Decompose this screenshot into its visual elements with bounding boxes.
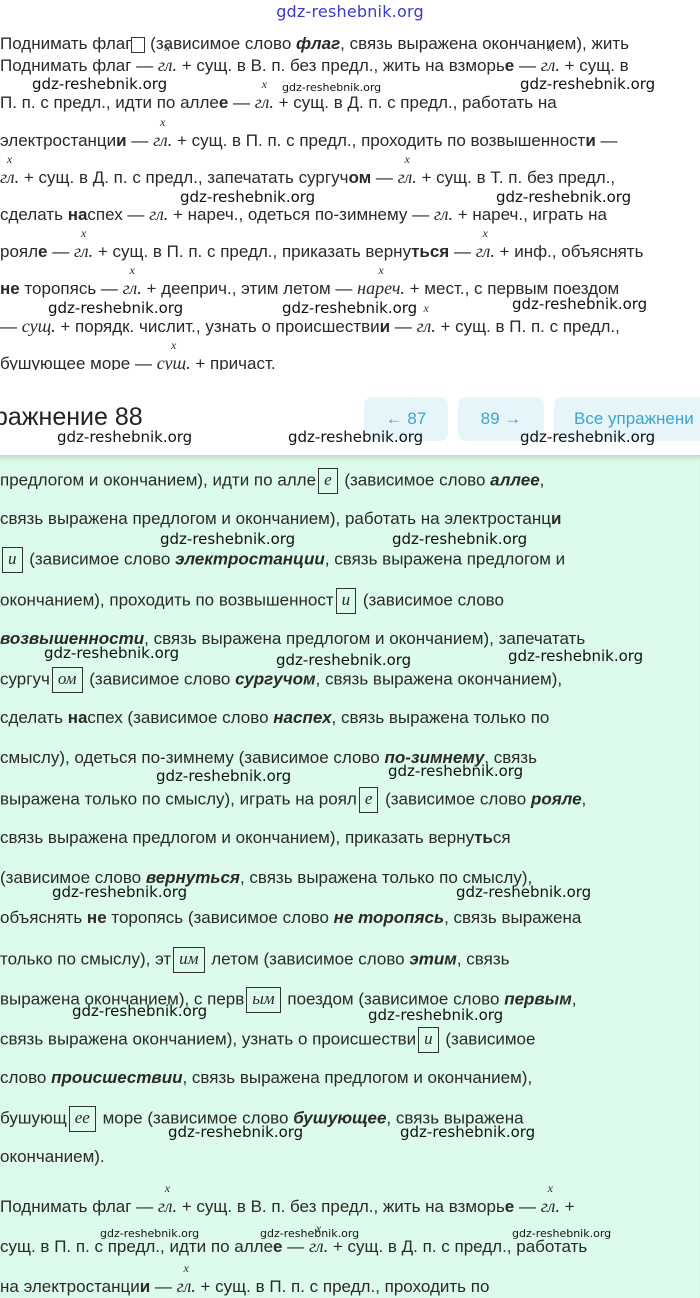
watermark: gdz-reshebnik.org <box>57 428 192 446</box>
answer-line: слово происшествии, связь выражена предл… <box>0 1067 532 1089</box>
answer-line: объяснять не торопясь (зависимое слово н… <box>0 907 581 929</box>
watermark: gdz-reshebnik.org <box>520 428 655 446</box>
watermark: gdz-reshebnik.org <box>156 767 291 785</box>
ending-box: ым <box>246 987 280 1013</box>
cut-text-line: Поднимать флаг (зависимое слово флаг, св… <box>0 33 629 55</box>
answer-line: окончанием). <box>0 1146 105 1168</box>
watermark: gdz-reshebnik.org <box>368 1006 503 1024</box>
watermark: gdz-reshebnik.org <box>512 295 647 313</box>
watermark: gdz-reshebnik.org <box>456 883 591 901</box>
watermark: gdz-reshebnik.org <box>52 883 187 901</box>
ending-box: им <box>173 947 204 973</box>
ending-box: е <box>359 787 379 813</box>
site-watermark-top: gdz-reshebnik.org <box>0 2 700 21</box>
watermark: gdz-reshebnik.org <box>260 1227 359 1240</box>
ending-box: и <box>336 588 357 614</box>
answer-line: связь выражена окончанием), узнать о про… <box>0 1027 535 1053</box>
watermark: gdz-reshebnik.org <box>160 530 295 548</box>
watermark: gdz-reshebnik.org <box>520 75 655 93</box>
watermark: gdz-reshebnik.org <box>288 428 423 446</box>
answer-line: предлогом и окончанием), идти по аллее (… <box>0 468 544 494</box>
answer-line: связь выражена предлогом и окончанием), … <box>0 508 561 530</box>
watermark: gdz-reshebnik.org <box>168 1123 303 1141</box>
text-line: бушующее море — xсущ. + причаст. <box>0 352 276 370</box>
watermark: gdz-reshebnik.org <box>32 75 167 93</box>
answer-line: сургучом (зависимое слово сургучом, связ… <box>0 667 562 693</box>
ending-box: и <box>418 1027 439 1053</box>
watermark: gdz-reshebnik.org <box>180 188 315 206</box>
watermark: gdz-reshebnik.org <box>282 299 417 317</box>
answer-panel: предлогом и окончанием), идти по аллее (… <box>0 455 700 1298</box>
watermark: gdz-reshebnik.org <box>100 1227 199 1240</box>
ending-box: ом <box>52 667 83 693</box>
empty-ending-box <box>131 37 145 53</box>
answer-line: Поднимать флаг — xгл. + сущ. в В. п. без… <box>0 1195 575 1218</box>
watermark: gdz-reshebnik.org <box>282 81 381 94</box>
watermark: gdz-reshebnik.org <box>400 1123 535 1141</box>
watermark: gdz-reshebnik.org <box>44 644 179 662</box>
watermark: gdz-reshebnik.org <box>72 1002 207 1020</box>
answer-line: выражена только по смыслу), играть на ро… <box>0 787 586 813</box>
watermark: gdz-reshebnik.org <box>508 647 643 665</box>
exercise-header: ражнение 88 ← 87 89 → Все упражнени gdz-… <box>0 385 700 455</box>
answer-line: только по смыслу), этим летом (зависимое… <box>0 947 510 973</box>
ending-box: и <box>2 547 23 573</box>
text-line: — сущ. + порядк. числит., узнать о проис… <box>0 315 620 338</box>
watermark: gdz-reshebnik.org <box>48 299 183 317</box>
watermark: gdz-reshebnik.org <box>512 1227 611 1240</box>
text-line: П. п. с предл., идти по аллее — xгл. + с… <box>0 91 557 114</box>
text-line: сделать наспех — гл. + нареч., одеться п… <box>0 203 607 226</box>
text-line: Поднимать флаг — xгл. + сущ. в В. п. без… <box>0 54 629 77</box>
analysis-section: Поднимать флаг (зависимое слово флаг, св… <box>0 30 700 370</box>
watermark: gdz-reshebnik.org <box>496 188 631 206</box>
watermark: gdz-reshebnik.org <box>276 651 411 669</box>
answer-line: окончанием), проходить по возвышенности … <box>0 588 504 614</box>
answer-line: и (зависимое слово электростанции, связь… <box>0 547 565 573</box>
answer-line: связь выражена предлогом и окончанием), … <box>0 827 511 849</box>
text-line: электростанции — xгл. + сущ. в П. п. с п… <box>0 129 618 152</box>
text-line: рояле — xгл. + сущ. в П. п. с предл., пр… <box>0 240 643 263</box>
text-line: xгл. + сущ. в Д. п. с предл., запечатать… <box>0 166 615 189</box>
answer-line: на электростанции — xгл. + сущ. в П. п. … <box>0 1275 489 1298</box>
watermark: gdz-reshebnik.org <box>388 762 523 780</box>
answer-line: сделать наспех (зависимое слово наспех, … <box>0 707 549 729</box>
ending-box: ее <box>69 1106 96 1132</box>
ending-box: е <box>318 468 338 494</box>
watermark: gdz-reshebnik.org <box>392 530 527 548</box>
